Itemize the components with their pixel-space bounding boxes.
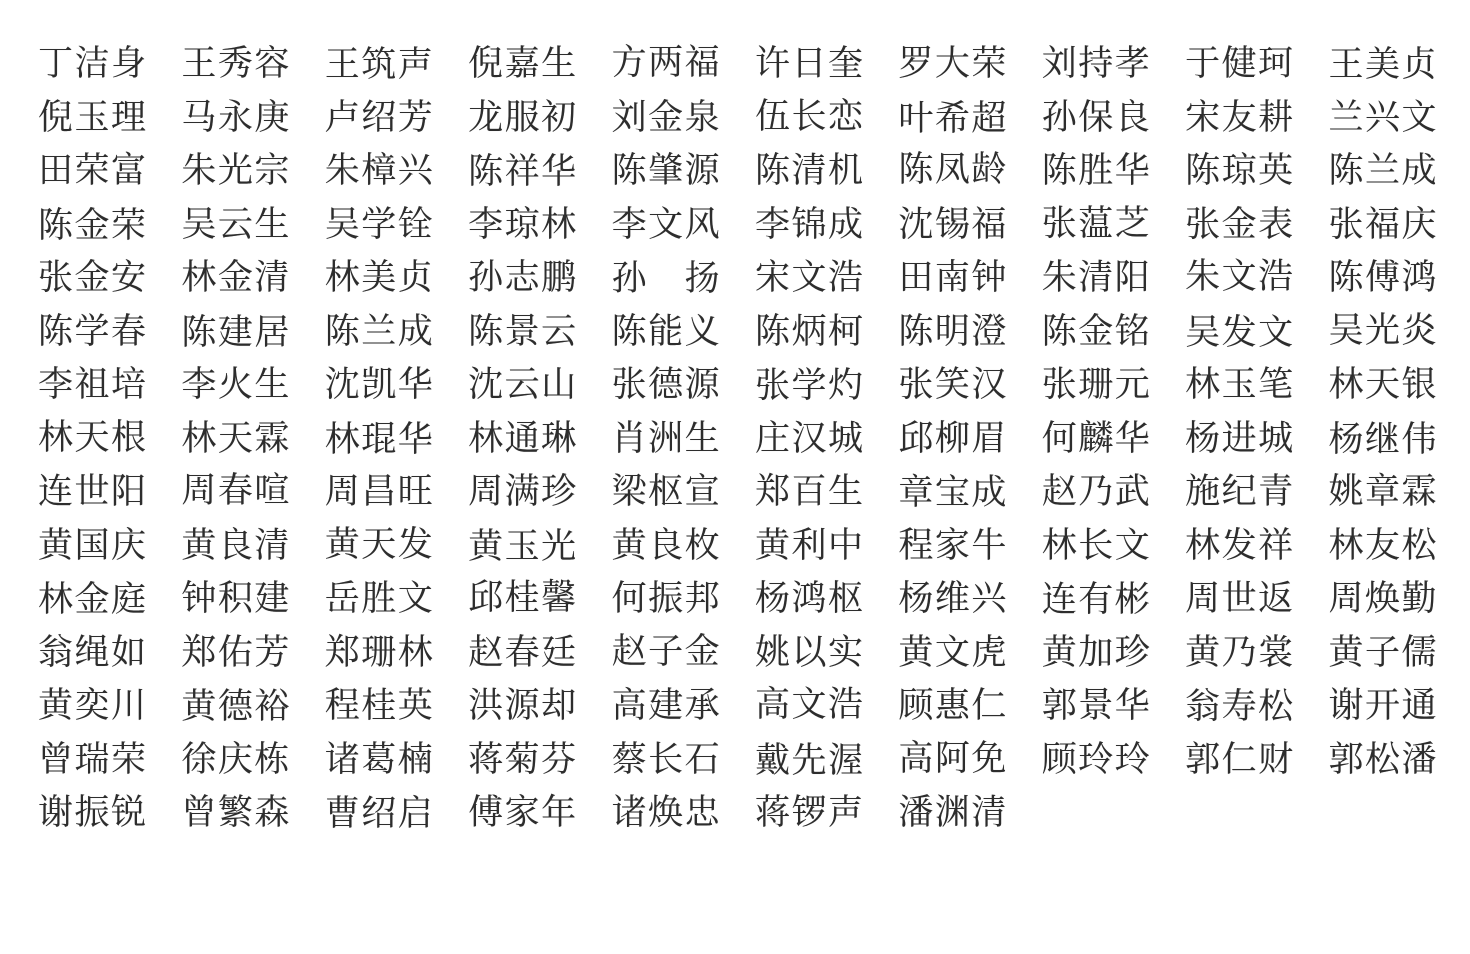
person-name: 戴先渥	[755, 734, 898, 788]
person-name: 曾瑞荣	[38, 733, 181, 787]
person-name: 顾惠仁	[898, 679, 1041, 733]
person-name: 岳胜文	[325, 572, 468, 626]
person-name: 黄玉光	[468, 520, 611, 574]
person-name: 兰兴文	[1329, 91, 1470, 145]
person-name: 翁绳如	[38, 626, 181, 680]
person-name: 陈肇源	[612, 144, 755, 198]
person-name: 陈建居	[181, 306, 324, 360]
person-name: 周焕勤	[1329, 572, 1470, 626]
person-name: 李锦成	[755, 198, 898, 252]
person-name: 田荣富	[38, 144, 181, 198]
person-name: 黄文虎	[898, 626, 1041, 680]
person-name: 方两福	[612, 36, 755, 90]
person-name: 马永庚	[181, 91, 324, 145]
person-name: 许日奎	[755, 37, 898, 91]
person-name: 张学灼	[755, 359, 898, 413]
person-name: 陈胜华	[1042, 144, 1185, 198]
person-name: 连世阳	[38, 465, 181, 519]
person-name: 洪源却	[468, 679, 611, 733]
person-name: 刘持孝	[1042, 37, 1185, 91]
person-name: 杨维兴	[898, 572, 1041, 626]
person-name: 吴云生	[181, 198, 324, 252]
person-name: 林通琳	[468, 412, 611, 466]
document-page: 丁洁身王秀容王筑声倪嘉生方两福许日奎罗大荣刘持孝于健珂王美贞倪玉理马永庚卢绍芳龙…	[0, 0, 1470, 954]
person-name: 黄利中	[755, 519, 898, 573]
person-name: 庄汉城	[755, 412, 898, 466]
person-name: 谢振锐	[38, 786, 181, 840]
person-name: 黄良清	[181, 519, 324, 573]
person-name: 姚以实	[755, 626, 898, 680]
person-name: 翁寿松	[1185, 680, 1328, 734]
person-name: 程家牛	[898, 519, 1041, 573]
person-name: 李琼林	[468, 198, 611, 252]
person-name: 郭景华	[1042, 679, 1185, 733]
person-name: 郑佑芳	[181, 626, 324, 680]
person-name: 梁枢宣	[612, 465, 755, 519]
person-name: 赵乃武	[1042, 465, 1185, 519]
person-name: 郭松潘	[1329, 733, 1470, 787]
person-name: 黄加珍	[1042, 626, 1185, 680]
person-name: 高建承	[612, 679, 755, 733]
person-name: 谢开通	[1329, 679, 1470, 733]
person-name: 钟积建	[181, 572, 324, 626]
person-name: 姚章霖	[1329, 465, 1470, 519]
person-name: 徐庆栋	[181, 733, 324, 787]
person-name: 朱光宗	[181, 144, 324, 198]
person-name: 潘渊清	[898, 786, 1041, 840]
person-name: 周世返	[1185, 572, 1328, 626]
person-name: 黄乃裳	[1185, 626, 1328, 680]
person-name: 李火生	[181, 358, 324, 412]
person-name: 陈金铭	[1042, 305, 1185, 359]
person-name: 周春喧	[181, 464, 324, 518]
person-name: 连有彬	[1042, 573, 1185, 627]
person-name: 林玉笔	[1185, 358, 1328, 412]
person-name: 陈景云	[468, 305, 611, 359]
person-name: 陈兰成	[1329, 144, 1470, 198]
person-name: 田南钟	[898, 251, 1041, 305]
person-name: 邱柳眉	[898, 412, 1041, 466]
person-name: 李文风	[612, 198, 755, 252]
person-name: 杨进城	[1185, 412, 1328, 466]
person-name: 周满珍	[468, 465, 611, 519]
person-name: 林长文	[1042, 519, 1185, 573]
person-name: 林天霖	[181, 412, 324, 466]
name-grid: 丁洁身王秀容王筑声倪嘉生方两福许日奎罗大荣刘持孝于健珂王美贞倪玉理马永庚卢绍芳龙…	[38, 37, 1470, 840]
person-name: 黄德裕	[181, 680, 324, 734]
person-name: 蒋锣声	[755, 786, 898, 840]
person-name: 孙志鹏	[468, 251, 611, 305]
person-name: 曹绍启	[325, 787, 468, 841]
person-name: 林美贞	[325, 251, 468, 305]
person-name: 周昌旺	[325, 465, 468, 519]
person-name: 郑珊林	[325, 626, 468, 680]
person-name: 林发祥	[1185, 519, 1328, 573]
person-name: 李祖培	[38, 358, 181, 412]
person-name: 孙 扬	[612, 252, 755, 306]
person-name: 陈能义	[612, 305, 755, 359]
person-name: 郑百生	[755, 465, 898, 519]
person-name: 林友松	[1329, 519, 1470, 573]
person-name: 诸焕忠	[612, 786, 755, 840]
person-name: 陈炳柯	[755, 305, 898, 359]
person-name: 杨鸿枢	[755, 572, 898, 626]
person-name: 陈傅鸿	[1329, 251, 1470, 305]
person-name: 曾繁森	[181, 786, 324, 840]
person-name: 陈学春	[38, 305, 181, 359]
person-name: 林天银	[1329, 358, 1470, 412]
person-name: 林天根	[38, 411, 181, 465]
person-name: 诸葛楠	[325, 733, 468, 787]
person-name: 黄天发	[325, 518, 468, 572]
person-name: 赵春廷	[468, 626, 611, 680]
person-name: 朱清阳	[1042, 251, 1185, 305]
person-name: 肖洲生	[612, 412, 755, 466]
person-name: 刘金泉	[612, 91, 755, 145]
person-name: 黄良枚	[612, 519, 755, 573]
person-name: 张金表	[1185, 198, 1328, 252]
person-name: 顾玲玲	[1042, 733, 1185, 787]
person-name: 张德源	[612, 358, 755, 412]
person-name: 沈云山	[468, 358, 611, 412]
person-name: 杨继伟	[1329, 413, 1470, 467]
person-name: 于健珂	[1185, 37, 1328, 91]
person-name: 黄奕川	[38, 679, 181, 733]
person-name: 宋友耕	[1185, 91, 1328, 145]
person-name: 陈祥华	[468, 145, 611, 199]
person-name: 龙服初	[468, 91, 611, 145]
person-name: 罗大荣	[898, 37, 1041, 91]
person-name: 朱樟兴	[325, 144, 468, 198]
person-name: 吴学铨	[325, 198, 468, 252]
person-name: 吴光炎	[1329, 304, 1470, 358]
person-name: 朱文浩	[1185, 250, 1328, 304]
person-name: 陈凤龄	[898, 143, 1041, 197]
person-name: 黄子儒	[1329, 626, 1470, 680]
person-name: 章宝成	[898, 466, 1041, 520]
person-name: 高阿免	[898, 732, 1041, 786]
person-name: 蒋菊芬	[468, 733, 611, 787]
person-name: 王筑声	[325, 38, 468, 92]
person-name: 傅家年	[468, 786, 611, 840]
person-name: 丁洁身	[38, 37, 181, 91]
person-name: 陈金荣	[38, 199, 181, 253]
person-name: 张珊元	[1042, 358, 1185, 412]
person-name: 张笑汉	[898, 358, 1041, 412]
person-name: 张福庆	[1329, 198, 1470, 252]
person-name: 宋文浩	[755, 251, 898, 305]
person-name: 陈清机	[755, 144, 898, 198]
person-name: 孙保良	[1042, 91, 1185, 145]
person-name: 吴发文	[1185, 306, 1328, 360]
person-name: 何麟华	[1042, 412, 1185, 466]
person-name: 陈琼英	[1185, 144, 1328, 198]
person-name: 林金庭	[38, 573, 181, 627]
person-name: 程桂英	[325, 679, 468, 733]
person-name: 沈凯华	[325, 358, 468, 412]
person-name: 陈兰成	[325, 305, 468, 359]
person-name: 王秀容	[181, 37, 324, 91]
person-name: 邱桂馨	[468, 571, 611, 625]
person-name: 郭仁财	[1185, 733, 1328, 787]
person-name: 卢绍芳	[325, 91, 468, 145]
person-name: 沈锡福	[898, 198, 1041, 252]
person-name: 林琨华	[325, 413, 468, 467]
person-name: 施纪青	[1185, 465, 1328, 519]
person-name: 蔡长石	[612, 733, 755, 787]
person-name: 黄国庆	[38, 519, 181, 573]
person-name: 伍长恋	[755, 90, 898, 144]
person-name: 倪嘉生	[468, 37, 611, 91]
person-name: 林金清	[181, 251, 324, 305]
person-name: 张金安	[38, 251, 181, 305]
person-name: 倪玉理	[38, 91, 181, 145]
person-name: 高文浩	[755, 678, 898, 732]
person-name: 张蕰芝	[1042, 197, 1185, 251]
person-name: 王美贞	[1329, 38, 1470, 92]
person-name: 赵子金	[612, 625, 755, 679]
person-name: 陈明澄	[898, 305, 1041, 359]
person-name: 叶希超	[898, 92, 1041, 146]
person-name: 何振邦	[612, 572, 755, 626]
